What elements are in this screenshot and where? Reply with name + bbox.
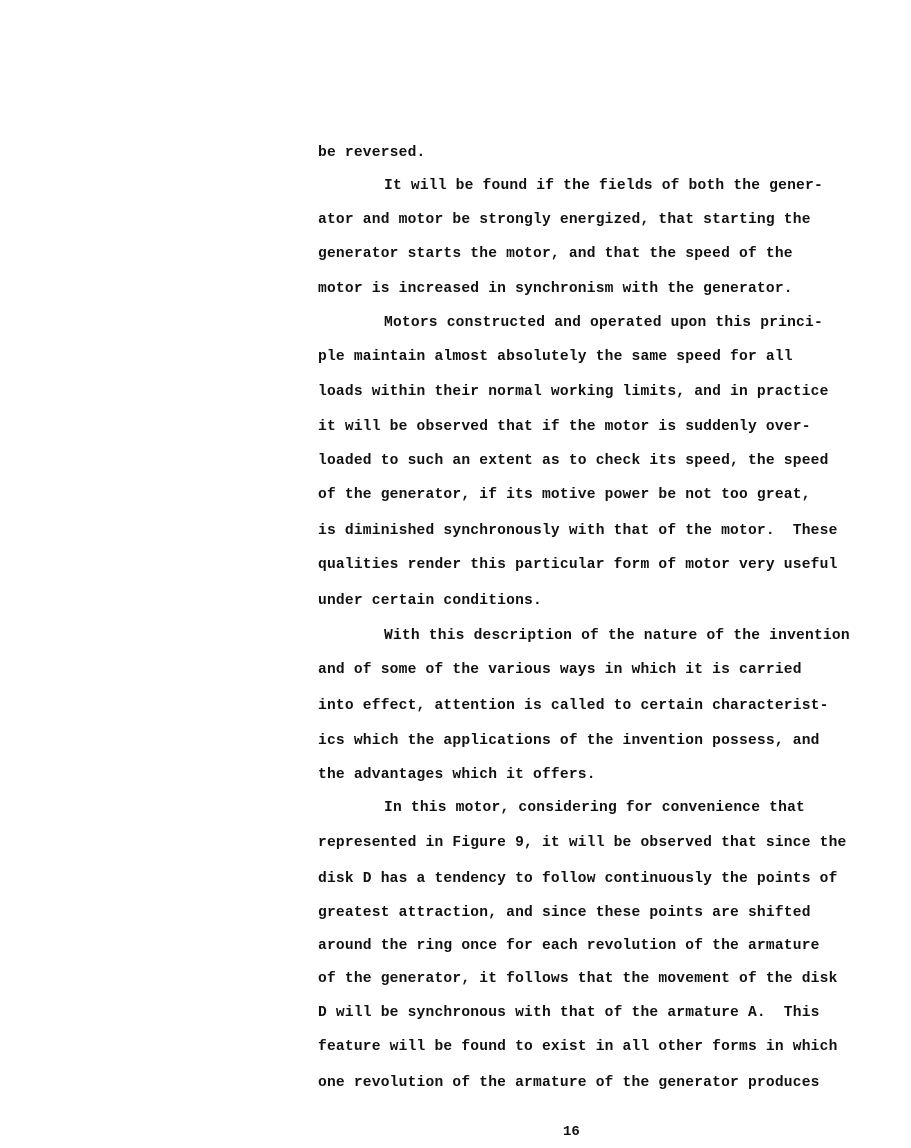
text-line: ple maintain almost absolutely the same … (318, 348, 793, 366)
text-line: into effect, attention is called to cert… (318, 697, 829, 715)
text-line: feature will be found to exist in all ot… (318, 1038, 838, 1056)
text-line: motor is increased in synchronism with t… (318, 280, 793, 298)
text-line: one revolution of the armature of the ge… (318, 1074, 820, 1092)
text-line: With this description of the nature of t… (384, 627, 850, 645)
text-line: loaded to such an extent as to check its… (318, 452, 829, 470)
document-page: be reversed.It will be found if the fiel… (0, 0, 911, 1148)
text-line: D will be synchronous with that of the a… (318, 1004, 820, 1022)
text-line: of the generator, if its motive power be… (318, 486, 811, 504)
text-line: qualities render this particular form of… (318, 556, 838, 574)
text-line: be reversed. (318, 144, 426, 162)
text-line: In this motor, considering for convenien… (384, 799, 805, 817)
text-line: generator starts the motor, and that the… (318, 245, 793, 263)
text-line: is diminished synchronously with that of… (318, 522, 838, 540)
text-line: Motors constructed and operated upon thi… (384, 314, 823, 332)
text-line: under certain conditions. (318, 592, 542, 610)
text-line: disk D has a tendency to follow continuo… (318, 870, 838, 888)
text-line: around the ring once for each revolution… (318, 937, 820, 955)
text-line: represented in Figure 9, it will be obse… (318, 834, 847, 852)
text-line: greatest attraction, and since these poi… (318, 904, 811, 922)
text-line: It will be found if the fields of both t… (384, 177, 823, 195)
text-line: ics which the applications of the invent… (318, 732, 820, 750)
text-line: and of some of the various ways in which… (318, 661, 802, 679)
text-line: it will be observed that if the motor is… (318, 418, 811, 436)
text-line: the advantages which it offers. (318, 766, 596, 784)
page-number: 16 (563, 1124, 580, 1140)
text-line: loads within their normal working limits… (318, 383, 829, 401)
text-line: of the generator, it follows that the mo… (318, 970, 838, 988)
text-line: ator and motor be strongly energized, th… (318, 211, 811, 229)
